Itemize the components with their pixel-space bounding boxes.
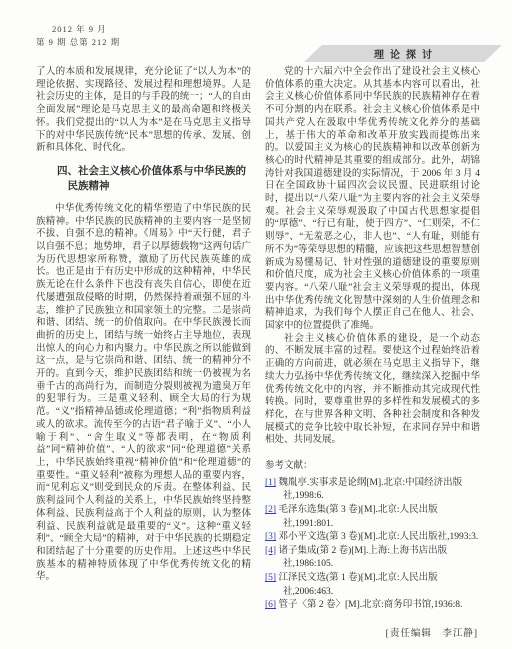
reference-link[interactable]: [1] — [265, 478, 276, 488]
journal-header-info: 2012 年 9 月 第 9 期 总第 212 期 — [36, 23, 120, 49]
reference-text: 毛泽东选集(第 3 卷)[M].北京:人民出版社,1991:801. — [278, 505, 437, 529]
references-section: 参考文献： [1] 魏胤亭.实事求是论纲[M].北京:中国经济出版社,1998:… — [265, 460, 480, 613]
reference-item: [5] 江泽民文选(第 1 卷)[M].北京:人民出版社,2006:463. — [265, 572, 480, 599]
journal-page: 2012 年 9 月 第 9 期 总第 212 期 理论探讨 了人的本质和发展规… — [0, 0, 512, 649]
reference-link[interactable]: [4] — [265, 546, 276, 556]
reference-item: [4] 诸子集成(第 2 卷)[M].上海:上海书店出版社,1986:105. — [265, 545, 480, 572]
reference-item: [3] 邓小平文选(第 3 卷)[M].北京:人民出版社,1993:3. — [265, 531, 480, 545]
reference-item: [1] 魏胤亭.实事求是论纲[M].北京:中国经济出版社,1998:6. — [265, 477, 480, 504]
left-column: 了人的本质和发展规律，充分论证了“以人为本”的理论依据、实现路径、发展过程和理想… — [36, 66, 251, 640]
right-paragraph-1: 党的十六届六中全会作出了建设社会主义核心价值体系的重大决定。从其基本内容可以看出… — [265, 66, 480, 333]
reference-text: 魏胤亭.实事求是论纲[M].北京:中国经济出版社,1998:6. — [278, 478, 462, 502]
article-body: 了人的本质和发展规律，充分论证了“以人为本”的理论依据、实现路径、发展过程和理想… — [36, 66, 480, 640]
section-banner-label: 理论探讨 — [368, 46, 438, 61]
right-column: 党的十六届六中全会作出了建设社会主义核心价值体系的重大决定。从其基本内容可以看出… — [265, 66, 480, 640]
reference-link[interactable]: [6] — [265, 600, 276, 610]
reference-text: 邓小平文选(第 3 卷)[M].北京:人民出版社,1993:3. — [278, 532, 478, 542]
reference-link[interactable]: [5] — [265, 573, 276, 583]
reference-item: [2] 毛泽东选集(第 3 卷)[M].北京:人民出版社,1991:801. — [265, 504, 480, 531]
journal-date: 2012 年 9 月 — [36, 23, 120, 36]
reference-text: 诸子集成(第 2 卷)[M].上海:上海书店出版社,1986:105. — [278, 546, 447, 570]
reference-item: [6] 管子〈第 2 卷〉[M].北京:商务印书馆,1936:8. — [265, 599, 480, 613]
left-body-paragraph: 中华优秀传统文化的精华塑造了中华民族的民族精神。中华民族的民族精神的主要内容一是… — [36, 203, 251, 584]
section-heading: 四、社会主义核心价值体系与中华民族的民族精神 — [36, 164, 251, 195]
section-banner: 理论探讨 — [304, 45, 502, 62]
right-paragraph-2: 社会主义核心价值体系的建设，是一个动态的、不断发展丰富的过程。要使这个过程始终沿… — [265, 333, 480, 447]
continuation-paragraph: 了人的本质和发展规律，充分论证了“以人为本”的理论依据、实现路径、发展过程和理想… — [36, 66, 251, 155]
reference-text: 江泽民文选(第 1 卷)[M].北京:人民出版社,2006:463. — [278, 573, 437, 597]
reference-text: 管子〈第 2 卷〉[M].北京:商务印书馆,1936:8. — [278, 600, 462, 610]
reference-link[interactable]: [3] — [265, 532, 276, 542]
editor-note: [责任编辑 李江静] — [265, 628, 480, 641]
reference-link[interactable]: [2] — [265, 505, 276, 515]
references-title: 参考文献： — [265, 460, 480, 473]
journal-issue: 第 9 期 总第 212 期 — [36, 36, 120, 49]
